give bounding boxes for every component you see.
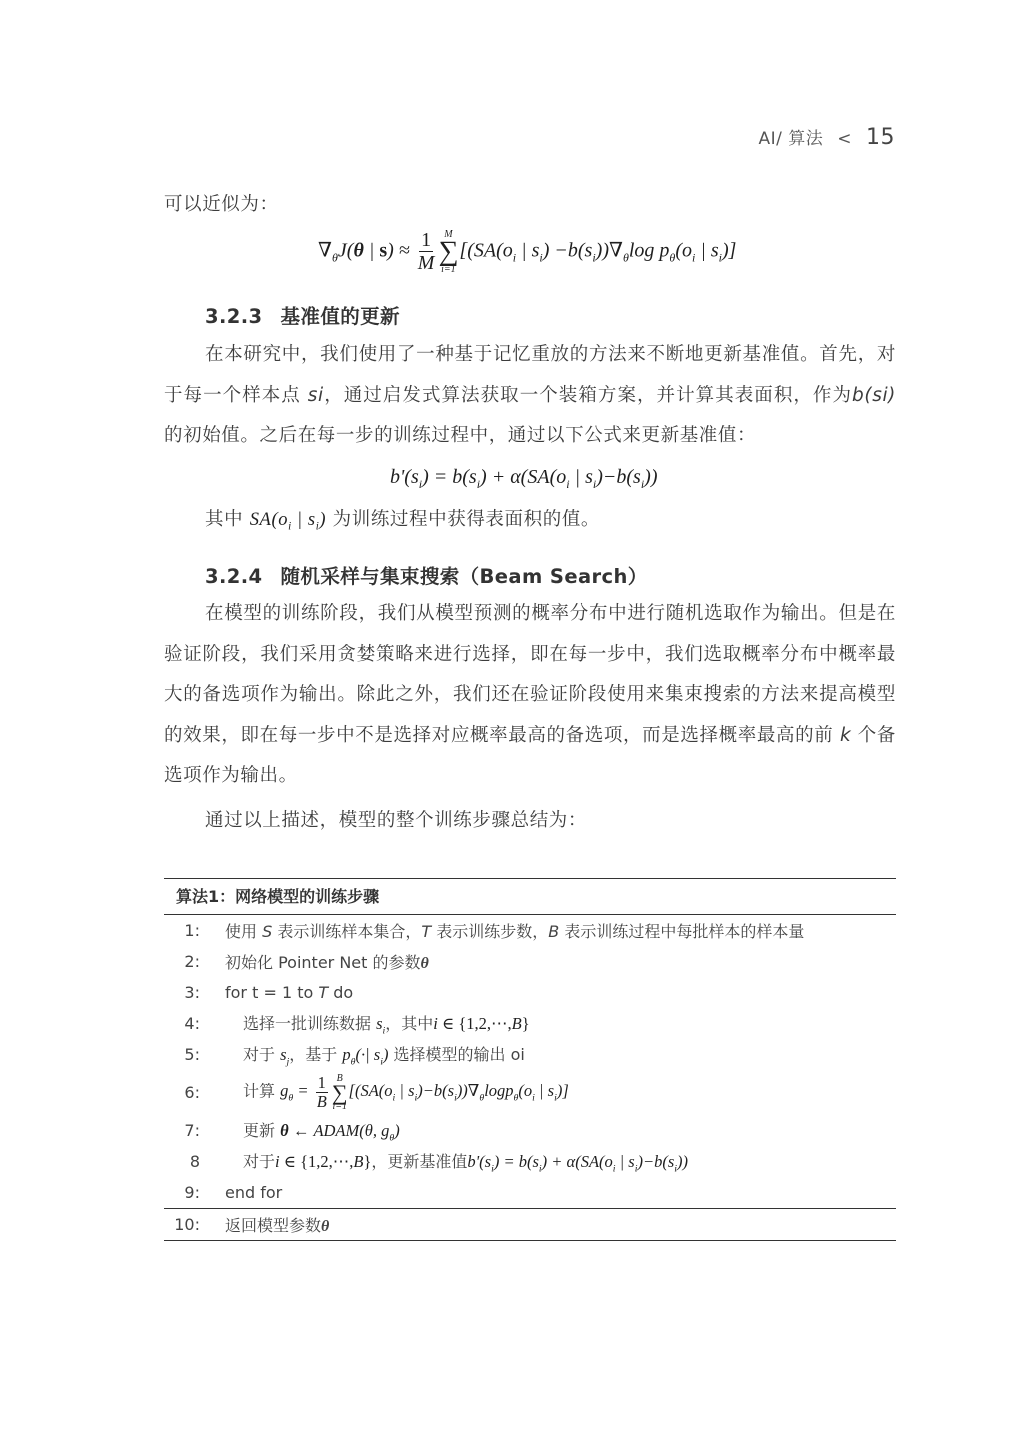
algo-step-1: 1: 使用 S 表示训练样本集合，T 表示训练步数，B 表示训练过程中每批样本的… (164, 915, 896, 946)
paragraph-sa-definition: 其中 SA(oi | si) 为训练过程中获得表面积的值。 (205, 500, 895, 547)
algo-step-4: 4: 选择一批训练数据 si，其中i ∈ {1,2,⋯,B} (164, 1008, 896, 1039)
paragraph-beam-search: 在模型的训练阶段，我们从模型预测的概率分布中进行随机选取作为输出。但是在验证阶段… (164, 594, 896, 797)
theta-symbol: θ (321, 1218, 329, 1235)
gradient-equation: ∇θJ(θ | s) ≈ 1MM∑i=1[(SA(oi | si) −b(si)… (318, 230, 736, 274)
intro-text: 可以近似为： (164, 185, 896, 226)
bottom-rule (164, 1240, 896, 1241)
section-title: 随机采样与集束搜索（Beam Search） (281, 565, 648, 588)
page-number: 15 (866, 125, 895, 150)
algorithm-title: 算法1：网络模型的训练步骤 (164, 879, 896, 914)
symbol-bsi: b(si) (852, 385, 896, 406)
algo-step-5: 5: 对于 sj，基于 pθ(·| si) 选择模型的输出 oi (164, 1039, 896, 1070)
theta-symbol: θ (421, 955, 429, 972)
algo-step-10: 10: 返回模型参数θ (164, 1209, 896, 1240)
section-number: 3.2.4 (205, 565, 263, 588)
inline-sa-formula: SA(oi | si) (250, 510, 326, 530)
algo-step-9: 9: end for (164, 1177, 896, 1208)
paragraph-baseline-intro: 在本研究中，我们使用了一种基于记忆重放的方法来不断地更新基准值。首先，对于每一个… (164, 335, 896, 457)
paragraph-summary-lead: 通过以上描述，模型的整个训练步骤总结为： (164, 801, 896, 842)
symbol-si: si (308, 385, 324, 406)
algo-step-6: 6: 计算 gθ = 1BB∑i=1[(SA(oi | si)−b(si))∇θ… (164, 1070, 896, 1115)
baseline-update-equation: b'(si) = b(si) + α(SA(oi | si)−b(si)) (390, 466, 657, 492)
algo-step-8: 8 对于i ∈ {1,2,⋯,B}，更新基准值b'(si) = b(si) + … (164, 1146, 896, 1177)
section-heading-3-2-4: 3.2.4随机采样与集束搜索（Beam Search） (205, 561, 648, 589)
algo-step-3: 3: for t = 1 to T do (164, 977, 896, 1008)
algo-step-2: 2: 初始化 Pointer Net 的参数θ (164, 946, 896, 977)
section-heading-3-2-3: 3.2.3基准值的更新 (205, 301, 400, 329)
algorithm-box: 算法1：网络模型的训练步骤 1: 使用 S 表示训练样本集合，T 表示训练步数，… (164, 878, 896, 1241)
symbol-k: k (840, 725, 851, 746)
header-section: AI/ 算法 (758, 124, 823, 149)
algo-step-7: 7: 更新 θ ← ADAM(θ, gθ) (164, 1115, 896, 1146)
running-header: AI/ 算法 < 15 (758, 124, 895, 150)
header-separator: < (837, 129, 852, 149)
section-title: 基准值的更新 (281, 305, 400, 328)
section-number: 3.2.3 (205, 305, 263, 328)
